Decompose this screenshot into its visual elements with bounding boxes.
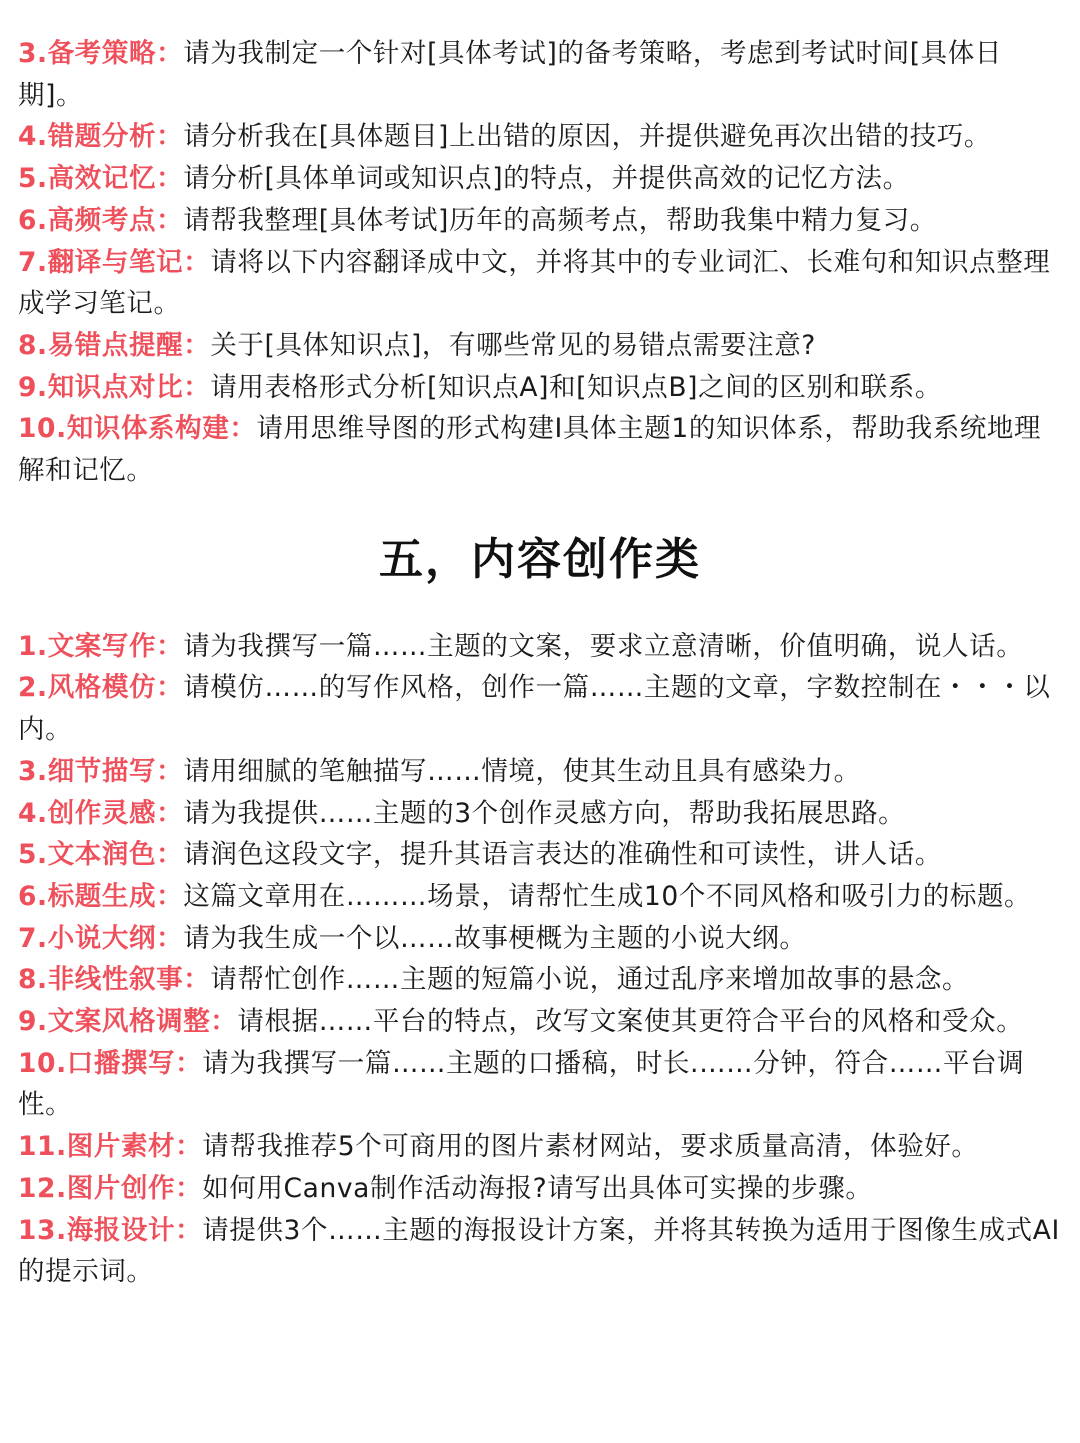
list-item: 1.文案写作：请为我撰写一篇……主题的文案，要求立意清晰，价值明确，说人话。 <box>18 626 1062 668</box>
item-text: 请为我撰写一篇……主题的文案，要求立意清晰，价值明确，说人话。 <box>183 631 1023 662</box>
item-text: 请分析[具体单词或知识点]的特点，并提供高效的记忆方法。 <box>183 163 909 194</box>
list-item: 9.知识点对比：请用表格形式分析[知识点A]和[知识点B]之间的区别和联系。 <box>18 367 1062 409</box>
item-label: 5.文本润色： <box>18 839 183 870</box>
list-item: 5.高效记忆：请分析[具体单词或知识点]的特点，并提供高效的记忆方法。 <box>18 158 1062 200</box>
item-text: 请润色这段文字，提升其语言表达的准确性和可读性，讲人话。 <box>183 839 942 870</box>
item-label: 3.细节描写： <box>18 756 183 787</box>
list-item: 2.风格模仿：请模仿……的写作风格，创作一篇……主题的文章，字数控制在・・・以内… <box>18 667 1062 750</box>
item-label: 13.海报设计： <box>18 1215 202 1246</box>
list-item: 8.易错点提醒：关于[具体知识点]，有哪些常见的易错点需要注意? <box>18 325 1062 367</box>
item-text: 请用细腻的笔触描写……情境，使其生动且具有感染力。 <box>183 756 861 787</box>
section-heading: 五，内容创作类 <box>18 534 1062 586</box>
list-item: 5.文本润色：请润色这段文字，提升其语言表达的准确性和可读性，讲人话。 <box>18 834 1062 876</box>
list-item: 10.口播撰写：请为我撰写一篇……主题的口播稿，时长.……分钟，符合……平台调性… <box>18 1043 1062 1126</box>
item-text: 请根据……平台的特点，改写文案使其更符合平台的风格和受众。 <box>237 1006 1023 1037</box>
item-text: 如何用Canva制作活动海报?请写出具体可实操的步骤。 <box>202 1173 872 1204</box>
item-label: 5.高效记忆： <box>18 163 183 194</box>
list-item: 8.非线性叙事：请帮忙创作……主题的短篇小说，通过乱序来增加故事的悬念。 <box>18 959 1062 1001</box>
item-label: 6.标题生成： <box>18 881 183 912</box>
item-label: 1.文案写作： <box>18 631 183 662</box>
item-label: 6.高频考点： <box>18 205 183 236</box>
item-label: 12.图片创作： <box>18 1173 202 1204</box>
list-item: 4.创作灵感：请为我提供……主题的3个创作灵感方向，帮助我拓展思路。 <box>18 793 1062 835</box>
list-item: 13.海报设计：请提供3个……主题的海报设计方案，并将其转换为适用于图像生成式A… <box>18 1210 1062 1293</box>
list-item: 9.文案风格调整：请根据……平台的特点，改写文案使其更符合平台的风格和受众。 <box>18 1001 1062 1043</box>
item-text: 请为我提供……主题的3个创作灵感方向，帮助我拓展思路。 <box>183 798 905 829</box>
prompt-list-previous-section: 3.备考策略：请为我制定一个针对[具体考试]的备考策略，考虑到考试时间[具体日期… <box>18 33 1062 492</box>
list-item: 7.小说大纲：请为我生成一个以……故事梗概为主题的小说大纲。 <box>18 918 1062 960</box>
item-text: 请帮我整理[具体考试]历年的高频考点，帮助我集中精力复习。 <box>183 205 937 236</box>
list-item: 3.细节描写：请用细腻的笔触描写……情境，使其生动且具有感染力。 <box>18 751 1062 793</box>
item-text: 关于[具体知识点]，有哪些常见的易错点需要注意? <box>210 330 816 361</box>
item-label: 7.小说大纲： <box>18 923 183 954</box>
list-item: 6.高频考点：请帮我整理[具体考试]历年的高频考点，帮助我集中精力复习。 <box>18 200 1062 242</box>
prompt-list-content-creation: 1.文案写作：请为我撰写一篇……主题的文案，要求立意清晰，价值明确，说人话。 2… <box>18 626 1062 1293</box>
item-label: 9.文案风格调整： <box>18 1006 237 1037</box>
document-page: 3.备考策略：请为我制定一个针对[具体考试]的备考策略，考虑到考试时间[具体日期… <box>0 0 1080 1293</box>
list-item: 6.标题生成：这篇文章用在………场景，请帮忙生成10个不同风格和吸引力的标题。 <box>18 876 1062 918</box>
item-label: 8.非线性叙事： <box>18 964 210 995</box>
item-text: 请分析我在[具体题目]上出错的原因，并提供避免再次出错的技巧。 <box>183 121 991 152</box>
list-item: 10.知识体系构建：请用思维导图的形式构建I具体主题1的知识体系，帮助我系统地理… <box>18 408 1062 491</box>
item-text: 请帮忙创作……主题的短篇小说，通过乱序来增加故事的悬念。 <box>210 964 969 995</box>
item-label: 4.创作灵感： <box>18 798 183 829</box>
list-item: 11.图片素材：请帮我推荐5个可商用的图片素材网站，要求质量高清，体验好。 <box>18 1126 1062 1168</box>
item-label: 10.知识体系构建： <box>18 413 256 444</box>
item-label: 10.口播撰写： <box>18 1048 202 1079</box>
item-label: 2.风格模仿： <box>18 672 183 703</box>
item-label: 8.易错点提醒： <box>18 330 210 361</box>
item-label: 7.翻译与笔记： <box>18 247 210 278</box>
item-text: 请帮我推荐5个可商用的图片素材网站，要求质量高清，体验好。 <box>202 1131 978 1162</box>
item-label: 9.知识点对比： <box>18 372 210 403</box>
list-item: 12.图片创作：如何用Canva制作活动海报?请写出具体可实操的步骤。 <box>18 1168 1062 1210</box>
list-item: 3.备考策略：请为我制定一个针对[具体考试]的备考策略，考虑到考试时间[具体日期… <box>18 33 1062 116</box>
list-item: 7.翻译与笔记：请将以下内容翻译成中文，并将其中的专业词汇、长难句和知识点整理成… <box>18 242 1062 325</box>
item-label: 4.错题分析： <box>18 121 183 152</box>
item-label: 3.备考策略： <box>18 38 183 69</box>
item-text: 请用表格形式分析[知识点A]和[知识点B]之间的区别和联系。 <box>210 372 942 403</box>
list-item: 4.错题分析：请分析我在[具体题目]上出错的原因，并提供避免再次出错的技巧。 <box>18 116 1062 158</box>
item-text: 请为我生成一个以……故事梗概为主题的小说大纲。 <box>183 923 806 954</box>
item-label: 11.图片素材： <box>18 1131 202 1162</box>
item-text: 这篇文章用在………场景，请帮忙生成10个不同风格和吸引力的标题。 <box>183 881 1031 912</box>
